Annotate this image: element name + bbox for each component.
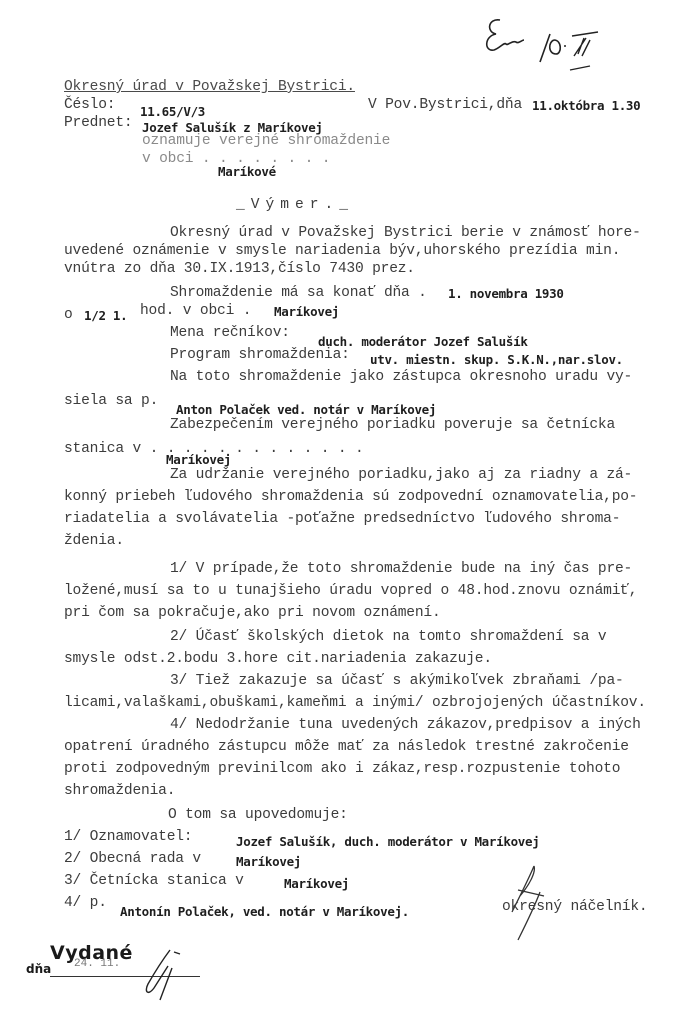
meeting-time-value: 1/2 1. <box>84 308 127 323</box>
meeting-place-value: Maríkovej <box>274 304 339 319</box>
meeting-time-prefix: o <box>64 306 73 324</box>
program-value: utv. miestn. skup. S.K.N.,nar.slov. <box>370 352 623 367</box>
rep-value: Anton Polaček ved. notár v Maríkovej <box>176 402 436 417</box>
notify-item-label: 4/ p. <box>64 894 107 912</box>
place-date-label: V Pov.Bystrici,dňa <box>368 96 522 114</box>
subject-line-1: oznamuje verejné shromaždenie <box>142 132 390 150</box>
body-line: konný priebeh ľudového shromaždenia sú z… <box>64 488 637 506</box>
meeting-place-label: hod. v obci . <box>140 302 251 320</box>
stamp-signature-icon <box>120 944 190 1004</box>
program-label: Program shromaždenia: <box>170 346 350 364</box>
rule-4: opatrení úradného zástupcu môže mať za n… <box>64 738 629 756</box>
notify-heading: O tom sa upovedomuje: <box>168 806 348 824</box>
rule-2: smysle odst.2.bodu 3.hore cit.nariadenia… <box>64 650 492 668</box>
notify-item-label: 2/ Obecná rada v <box>64 850 201 868</box>
subject-label: Prednet: <box>64 114 132 132</box>
notify-item-value: Maríkovej <box>284 876 349 891</box>
rep-label: siela sa p. <box>64 392 158 410</box>
notify-item-value: Maríkovej <box>236 854 301 869</box>
meeting-date-label: Shromaždenie má sa konať dňa . <box>170 284 427 302</box>
notify-item-label: 1/ Oznamovatel: <box>64 828 192 846</box>
body-line: Za udržanie verejného poriadku,jako aj z… <box>170 466 632 484</box>
number-value: 11.65/V/3 <box>140 104 205 119</box>
stamp-date-label: dňa <box>26 962 51 976</box>
signature-title: okresný náčelník. <box>502 898 647 916</box>
subject-village: Maríkové <box>218 164 276 179</box>
number-label: Čéslo: <box>64 96 115 114</box>
rule-3: 3/ Tiež zakazuje sa účasť s akýmikoľvek … <box>170 672 624 690</box>
notify-item-value: Antonín Polaček, ved. notár v Maríkovej. <box>120 904 409 919</box>
notify-item-label: 3/ Četnícka stanica v <box>64 872 244 890</box>
body-line: Zabezpečením verejného poriadku poveruje… <box>170 416 615 434</box>
body-line: ždenia. <box>64 532 124 550</box>
notify-item-value: Jozef Salušík, duch. moderátor v Maríkov… <box>236 834 539 849</box>
rule-1: ložené,musí sa to u tunajšieho úradu vop… <box>64 582 637 600</box>
rule-3: licami,valaškami,obuškami,kameňmi a iným… <box>64 694 646 712</box>
rule-1: 1/ V prípade,že toto shromaždenie bude n… <box>170 560 632 578</box>
order-value: Maríkovej <box>166 452 231 467</box>
body-line: riadatelia a svolávatelia -poťažne preds… <box>64 510 620 528</box>
body-line: Okresný úrad v Považskej Bystrici berie … <box>170 224 641 242</box>
handwritten-annotation-icon <box>478 10 638 80</box>
document-title: _Výmer._ <box>236 196 354 214</box>
speakers-label: Mena rečníkov: <box>170 324 290 342</box>
body-line: uvedené oznámenie v smysle nariadenia bý… <box>64 242 620 260</box>
rule-1: pri čom sa pokračuje,ako pri novom oznám… <box>64 604 441 622</box>
body-line: vnútra zo dňa 30.IX.1913,číslo 7430 prez… <box>64 260 415 278</box>
office-name: Okresný úrad v Považskej Bystrici. <box>64 78 355 96</box>
body-line: Na toto shromaždenie jako zástupca okres… <box>170 368 632 386</box>
meeting-date-value: 1. novembra 1930 <box>448 286 564 301</box>
date-value: 11.októbra 1.30 <box>532 98 640 113</box>
rule-4: proti zodpovedným previnilcom ako i záka… <box>64 760 620 778</box>
rule-4: 4/ Nedodržanie tuna uvedených zákazov,pr… <box>170 716 641 734</box>
rule-4: shromaždenia. <box>64 782 175 800</box>
rule-2: 2/ Účasť školských dietok na tomto shrom… <box>170 628 606 646</box>
stamp-date-value: 24. 11. <box>74 958 120 970</box>
